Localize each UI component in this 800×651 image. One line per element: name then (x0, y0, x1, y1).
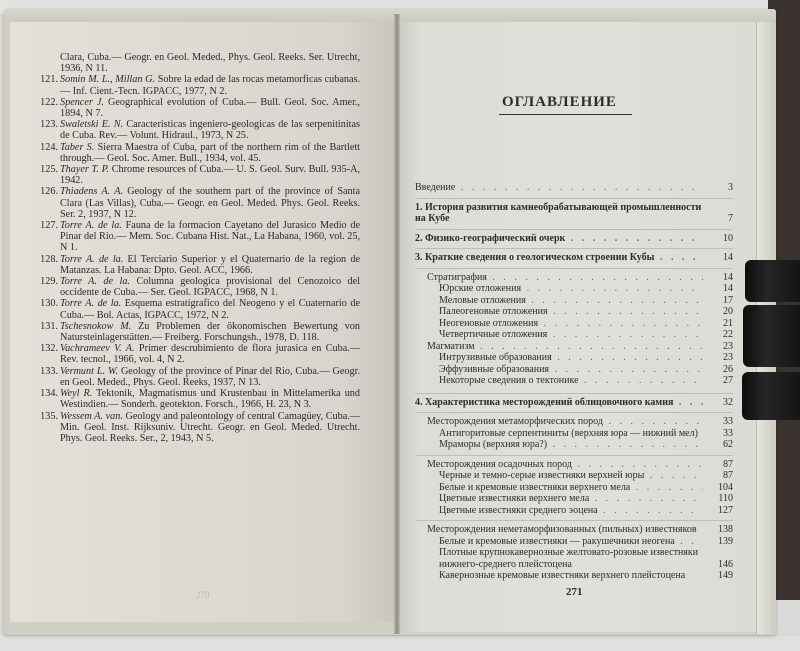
toc-entry: Магматизм23 (415, 341, 733, 353)
toc-entry: Белые и кремовые известняки — ракушечник… (415, 536, 733, 548)
reference-item: 121.Somin M. L., Millan G. Sobre la edad… (60, 74, 360, 96)
toc-entry: Палеогеновые отложения20 (415, 306, 733, 318)
toc-entry: Некоторые сведения о тектонике27 (415, 375, 733, 387)
reference-item: 124.Taber S. Sierra Maestra of Cuba, par… (60, 142, 360, 164)
reference-item: 131.Tschesnokow M. Zu Problemen der ökon… (60, 321, 360, 343)
reference-continuation: Clara, Cuba.— Geogr. en Geol. Meded., Ph… (60, 52, 360, 74)
reference-item: 134.Weyl R. Tektonik, Magmatismus und Kr… (60, 388, 360, 410)
book-cover-top-edge (4, 9, 776, 23)
reference-item: 130.Torre A. de la. Esquema estratigrafi… (60, 298, 360, 320)
table-of-contents: Введение3 1. История развития камнеобраб… (415, 182, 733, 582)
left-page-number: 270 (196, 590, 210, 600)
toc-entry: 4. Характеристика месторождений облицово… (415, 393, 733, 409)
toc-entry: Цветные известняки верхнего мела110 (415, 493, 733, 505)
toc-entry: 2. Физико-географический очерк10 (415, 229, 733, 245)
toc-entry: Неогеновые отложения21 (415, 318, 733, 330)
toc-entry: Стратиграфия14 (415, 268, 733, 284)
background-bottom (0, 636, 800, 651)
toc-entry: Введение3 (415, 182, 733, 194)
reference-item: 126.Thiadens A. A. Geology of the southe… (60, 186, 360, 220)
reference-item: 127.Torre A. de la. Fauna de la formacio… (60, 220, 360, 254)
toc-entry: Юрские отложения14 (415, 283, 733, 295)
toc-entry: Цветные известняки среднего эоцена127 (415, 505, 733, 517)
book-gutter (394, 14, 400, 634)
reference-item: 132.Vachrameev V. A. Primer descrubimien… (60, 343, 360, 365)
toc-entry: Белые и кремовые известняки верхнего мел… (415, 482, 733, 494)
title-underline (499, 114, 632, 115)
binder-clip (743, 305, 800, 367)
reference-item: 123.Swaletski E. N. Caracteristicas inge… (60, 119, 360, 141)
right-page-number: 271 (566, 586, 583, 598)
references-list: Clara, Cuba.— Geogr. en Geol. Meded., Ph… (60, 52, 360, 444)
reference-item: 133.Vermunt L. W. Geology of the provinc… (60, 366, 360, 388)
toc-entry: Эффузивные образования26 (415, 364, 733, 376)
reference-item: 128.Torre A. de la. El Terciario Superio… (60, 254, 360, 276)
toc-entry: Месторождения неметаморфизованных (пильн… (415, 520, 733, 536)
toc-entry: Четвертичные отложения22 (415, 329, 733, 341)
toc-entry: 1. История развития камнеобрабатывающей … (415, 198, 733, 225)
reference-item: 135.Wessem A. van. Geology and paleontol… (60, 411, 360, 445)
toc-entry: Антигоритовые серпентиниты (верхняя юра … (415, 428, 733, 440)
toc-title: ОГЛАВЛЕНИЕ (502, 94, 617, 111)
toc-entry: Кавернозные кремовые известняки верхнего… (415, 570, 733, 582)
toc-entry: Месторождения метаморфических пород33 (415, 412, 733, 428)
reference-item: 129.Torre A. de la. Columna geologica pr… (60, 276, 360, 298)
toc-entry: 3. Краткие сведения о геологическом стро… (415, 248, 733, 264)
binder-clip (745, 260, 800, 302)
toc-entry: Меловые отложения17 (415, 295, 733, 307)
reference-item: 125.Thayer T. P. Chrome resources of Cub… (60, 164, 360, 186)
binder-clip (742, 372, 800, 420)
toc-entry: Плотные крупнокавернозные желтовато-розо… (415, 547, 733, 570)
toc-entry: Месторождения осадочных пород87 (415, 455, 733, 471)
toc-entry: Интрузивные образования23 (415, 352, 733, 364)
reference-item: 122.Spencer J. Geographical evolution of… (60, 97, 360, 119)
toc-entry: Черные и темно-серые известняки верхней … (415, 470, 733, 482)
toc-entry: Мраморы (верхняя юра?)62 (415, 439, 733, 451)
